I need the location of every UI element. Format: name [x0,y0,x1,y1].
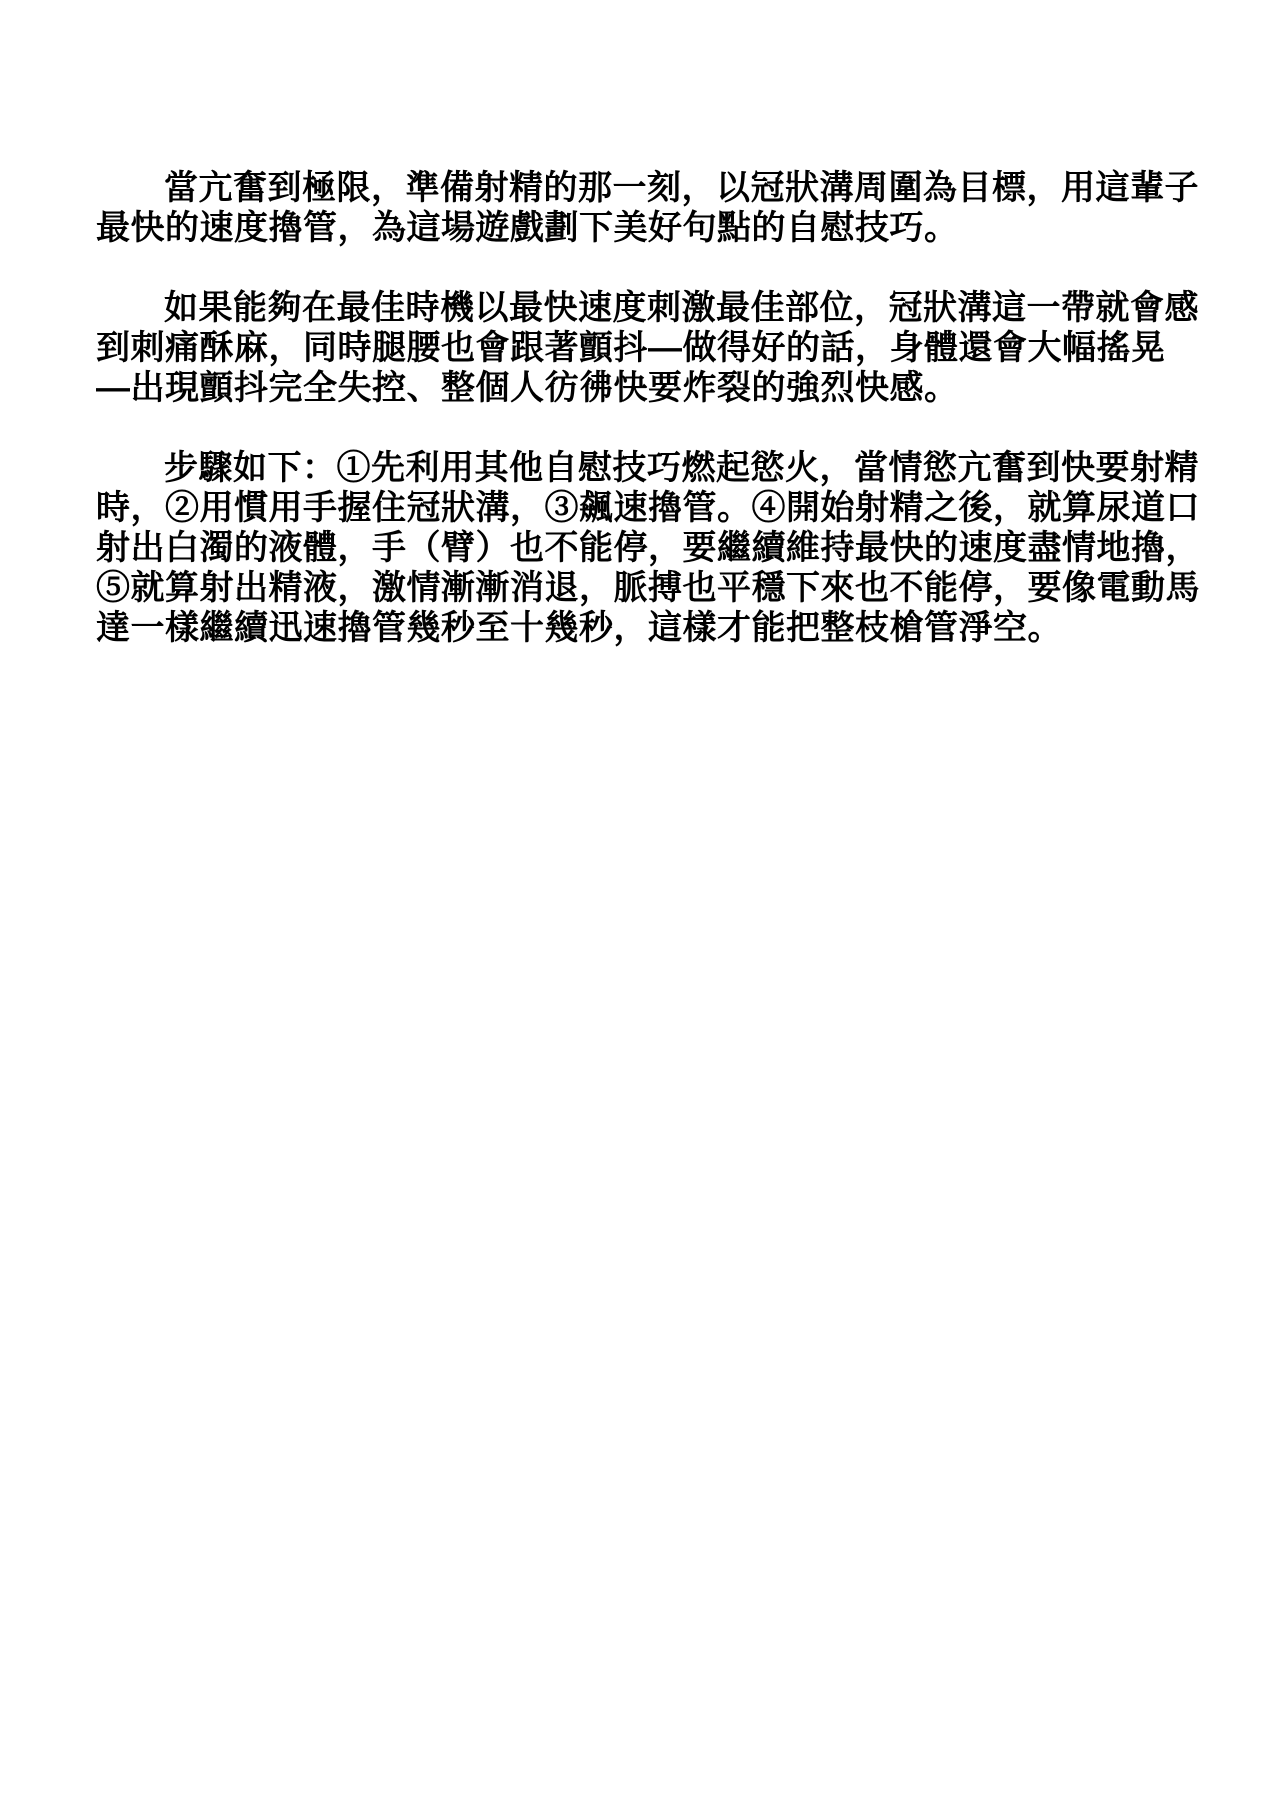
text-line: ⑤就算射出精液，激情漸漸消退，脈搏也平穩下來也不能停，要像電動馬 [96,568,1188,608]
text-line: 最快的速度擼管，為這場遊戲劃下美好句點的自慰技巧。 [96,208,1188,248]
text-line: 如果能夠在最佳時機以最快速度刺激最佳部位，冠狀溝這一帶就會感 [96,288,1188,328]
document-page: 當亢奮到極限，準備射精的那一刻，以冠狀溝周圍為目標，用這輩子 最快的速度擼管，為… [0,0,1280,1813]
paragraph-3: 步驟如下：①先利用其他自慰技巧燃起慾火，當情慾亢奮到快要射精 時，②用慣用手握住… [96,448,1188,648]
paragraph-2: 如果能夠在最佳時機以最快速度刺激最佳部位，冠狀溝這一帶就會感 到刺痛酥麻，同時腿… [96,288,1188,408]
text-line: 到刺痛酥麻，同時腿腰也會跟著顫抖—做得好的話，身體還會大幅搖晃 [96,328,1188,368]
text-line: 當亢奮到極限，準備射精的那一刻，以冠狀溝周圍為目標，用這輩子 [96,168,1188,208]
text-line: 時，②用慣用手握住冠狀溝，③飆速擼管。④開始射精之後，就算尿道口 [96,488,1188,528]
text-line: —出現顫抖完全失控、整個人彷彿快要炸裂的強烈快感。 [96,368,1188,408]
text-line: 達一樣繼續迅速擼管幾秒至十幾秒，這樣才能把整枝槍管淨空。 [96,608,1188,648]
text-line: 射出白濁的液體，手（臂）也不能停，要繼續維持最快的速度盡情地擼， [96,528,1188,568]
text-line: 步驟如下：①先利用其他自慰技巧燃起慾火，當情慾亢奮到快要射精 [96,448,1188,488]
paragraph-1: 當亢奮到極限，準備射精的那一刻，以冠狀溝周圍為目標，用這輩子 最快的速度擼管，為… [96,168,1188,248]
